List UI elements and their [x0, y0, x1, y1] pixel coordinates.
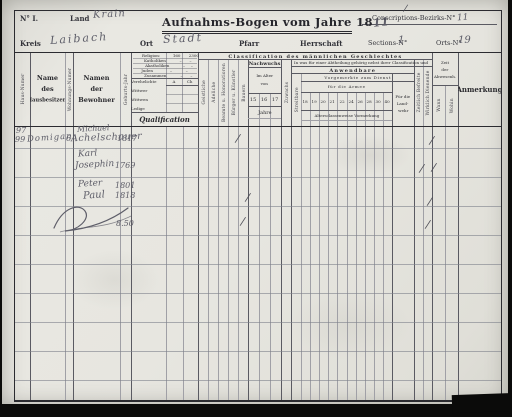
column-bewohner: Namen der Bewohner — [73, 52, 120, 126]
age-label: 18 — [303, 99, 308, 104]
armee-age: 18 — [301, 92, 310, 110]
scan-edge-bottom-right — [452, 393, 512, 413]
abwesende-header: Zeit der Abwesenh. — [432, 54, 458, 85]
bewohner-line3: Bewohner — [78, 95, 115, 106]
anwendbare-line1: In was für einer Abtheilung gehörig nebs… — [291, 59, 432, 66]
wann-label: Wann — [436, 99, 441, 112]
column-abgang-2: Wirklich Dienende — [423, 59, 432, 126]
resident-year: 1769 — [115, 161, 135, 170]
stand-row-label: Wittwen — [131, 97, 148, 102]
stand-grid-ch-label: Ch — [187, 79, 193, 84]
grid-line — [319, 92, 320, 400]
column-zuwachs: Zuwachs — [281, 59, 291, 126]
nachwuchs-jahre: Jahre — [248, 106, 281, 118]
column-qualification: Qualification — [131, 112, 198, 126]
nachwuchs-note-line1: Im Alter — [256, 74, 273, 78]
form-title: Aufnahms-Bogen vom Jahre 1811 — [162, 15, 352, 29]
streitbare-label: Streitbare — [294, 87, 299, 112]
grid-line — [166, 85, 198, 86]
column-class-adeliche: Adeliche — [208, 59, 218, 126]
grid-line — [166, 94, 198, 95]
resident-name: Karl — [78, 149, 98, 160]
land-value-handwritten: Krain — [93, 8, 126, 21]
stand-grid-a-label: A — [173, 79, 176, 84]
stand-row-label: Verehelichte — [131, 79, 156, 84]
ort-label: Ort — [140, 39, 153, 48]
grid-line — [383, 92, 384, 400]
stand-grid-col-ch: Ch — [182, 78, 198, 85]
nachwuchs-label: Nachwuchs — [249, 60, 281, 66]
stand-row-label: Wittwer — [131, 88, 147, 93]
abgang2-label: Wirklich Dienende — [425, 70, 430, 115]
armee-age: 24 — [347, 92, 356, 110]
paper-smudge — [330, 135, 410, 175]
anwendbare-line3-text: Vorgemerkte zum Dienst — [324, 75, 391, 80]
abgang1-label: Zeitlich Befreite — [416, 72, 421, 112]
grid-line — [14, 400, 501, 402]
jahre-label: Jahre — [258, 109, 271, 115]
armee-age: 30 — [374, 92, 383, 110]
scanned-census-form: N° I. Land Krain Aufnahms-Bogen vom Jahr… — [0, 0, 512, 417]
religion-label: Religion: — [142, 53, 160, 58]
nachwuchs-age-17: 17 — [270, 93, 281, 106]
sheet-number: N° I. — [20, 14, 38, 23]
grid-line — [15, 351, 501, 352]
orts-value-handwritten: 19 — [458, 35, 471, 46]
grid-line — [14, 10, 501, 11]
grid-line — [15, 264, 501, 265]
wohin-label: Wohin — [449, 98, 454, 113]
resident-name: Paul — [83, 189, 106, 202]
grid-line — [347, 92, 348, 400]
grid-line — [356, 92, 357, 400]
resident-year: 1817 — [117, 134, 137, 143]
grid-line — [166, 103, 198, 104]
grid-line — [183, 126, 184, 400]
grid-line — [15, 380, 501, 381]
column-class-geistliche: Geistliche — [198, 59, 208, 126]
grid-line — [374, 92, 375, 400]
grid-line — [248, 118, 281, 119]
abwesende-line1: Zeit — [441, 61, 449, 65]
landwehr-line1: Für die — [396, 95, 411, 99]
classification-title: Classification des männlichen Geschlecht… — [198, 52, 432, 59]
abwesende-sub-wann: Wann — [432, 85, 445, 126]
anwendbare-line2: Anwendbare — [291, 66, 414, 73]
stand-grid-col-a: A — [166, 78, 182, 85]
abwesende-line3: Abwesenh. — [434, 75, 456, 79]
age-label: 15 — [250, 97, 256, 103]
column-geburts-jahr: Geburts-Jahr — [120, 52, 131, 126]
grid-line — [365, 92, 366, 400]
resident-name: Peter — [78, 178, 103, 189]
age-label: 22 — [339, 99, 344, 104]
armee-label: für die Armee — [328, 84, 366, 89]
section-value-handwritten: 1 — [398, 35, 404, 46]
class-label: Adeliche — [211, 82, 216, 103]
religion-col2: 2300 — [188, 53, 196, 58]
grid-line — [301, 120, 392, 121]
pfarr-label: Pfarr — [239, 39, 259, 48]
column-streitbare: Streitbare — [291, 73, 301, 126]
anwendbare-line2-text: Anwendbare — [329, 66, 376, 72]
age-label: 30 — [376, 99, 381, 104]
hausbesitzer-line2: des — [41, 84, 53, 95]
house-number-new: 99 — [15, 135, 25, 144]
hausbesitzer-line3: Hausbesitzers — [30, 96, 65, 105]
armee-age: 40 — [383, 92, 392, 110]
column-wohnungs-nummer-label: Wohnungs-Numer — [67, 67, 72, 110]
grid-line — [445, 85, 446, 400]
landwehr-line3: wehr — [398, 109, 408, 113]
column-class-buerger: Bürger u. Künstler — [228, 59, 238, 126]
kreis-label: Kreis — [20, 39, 41, 48]
land-label: Land — [70, 14, 89, 23]
column-class-bauern: Bauern — [238, 59, 248, 126]
nachwuchs-age-15: 15 — [248, 93, 259, 106]
column-geburts-jahr-label: Geburts-Jahr — [123, 73, 128, 104]
grid-line — [310, 92, 311, 400]
armee-note: Altersclassenweise Vormerkung — [301, 110, 392, 120]
grid-line — [328, 92, 329, 400]
armee-note-text: Altersclassenweise Vormerkung — [314, 113, 379, 118]
anwendbare-line1-text: In was für einer Abtheilung gehörig nebs… — [294, 60, 428, 65]
age-label: 19 — [312, 99, 317, 104]
landwehr-header: Für die Land- wehr — [392, 81, 414, 126]
herrschaft-label: Herrschaft — [300, 39, 343, 48]
grid-line — [337, 92, 338, 400]
conscription-label-text: Conscriptions-Bezirks-N° — [372, 14, 455, 22]
nachwuchs-age-16: 16 — [259, 93, 270, 106]
hausbesitzer-line1: Name — [37, 73, 58, 84]
zuwachs-label: Zuwachs — [284, 82, 289, 103]
armee-age: 20 — [319, 92, 328, 110]
age-label: 16 — [261, 97, 267, 103]
landwehr-line2: Land- — [397, 102, 409, 106]
nachwuchs-note-line2: von — [261, 82, 268, 86]
grid-line — [15, 177, 501, 178]
conscription-district-label: Conscriptions-Bezirks-N° 11 — [372, 13, 469, 23]
ort-value-handwritten: Stadt — [163, 31, 204, 46]
abwesende-sub-wohin: Wohin — [445, 85, 458, 126]
religion-col1: 160 — [173, 53, 181, 58]
grid-line — [259, 93, 260, 400]
class-label: Beamte u. Honoratioren — [221, 63, 226, 122]
scan-edge-left — [0, 0, 2, 417]
scan-edge-right — [508, 0, 512, 417]
column-hausbesitzer: Name des Hausbesitzers — [30, 52, 65, 126]
grid-line — [15, 322, 501, 323]
age-label: 26 — [358, 99, 363, 104]
grid-line — [15, 235, 501, 236]
armee-age: 22 — [337, 92, 347, 110]
conscription-value-handwritten: 11 — [457, 13, 469, 24]
abwesende-line2: der — [442, 68, 449, 72]
column-haus-nummer-label: Haus-Numer — [20, 74, 25, 105]
column-anmerkung: Anmerkung — [458, 52, 501, 126]
age-label: 24 — [349, 99, 354, 104]
resident-name: Josephin — [75, 159, 115, 171]
nachwuchs-header: Nachwuchs — [248, 59, 281, 67]
column-class-beamte: Beamte u. Honoratioren — [218, 59, 228, 126]
stand-row-label: Ledige — [131, 106, 145, 111]
armee-age: 19 — [310, 92, 319, 110]
class-label: Bürger u. Künstler — [231, 70, 236, 116]
nachwuchs-note: Im Alter von — [248, 67, 281, 93]
bewohner-line1: Namen — [84, 73, 110, 84]
class-label: Geistliche — [201, 80, 206, 104]
stand-labels: Verehelichte Wittwer Wittwen Ledige — [131, 78, 166, 112]
armee-header: für die Armee — [301, 81, 392, 92]
grid-line — [15, 293, 501, 294]
signature-flourish — [48, 201, 136, 235]
resident-year: 1801 — [115, 181, 135, 190]
anmerkung-label: Anmerkung — [458, 85, 501, 94]
armee-age: 21 — [328, 92, 337, 110]
grid-line — [501, 10, 502, 400]
grid-line — [166, 126, 167, 400]
age-label: 21 — [330, 99, 335, 104]
resident-year: 1818 — [115, 191, 135, 200]
qualification-label: Qualification — [139, 115, 190, 124]
age-label: 28 — [367, 99, 372, 104]
age-label: 17 — [272, 97, 278, 103]
classification-title-text: Classification des männlichen Geschlecht… — [228, 52, 402, 58]
column-wohnungs-nummer: Wohnungs-Numer — [65, 52, 73, 126]
bewohner-line2: der — [90, 84, 102, 95]
column-abgang-1: Zeitlich Befreite — [414, 59, 423, 126]
house-number-old: 97 — [16, 126, 26, 135]
paper-smudge — [70, 250, 160, 310]
anwendbare-line3: Vorgemerkte zum Dienst — [301, 73, 414, 81]
grid-line — [270, 93, 271, 400]
column-haus-nummer: Haus-Numer — [14, 52, 30, 126]
class-label: Bauern — [241, 84, 246, 102]
form-title-text: Aufnahms-Bogen vom Jahre 18 — [162, 15, 373, 29]
age-label: 20 — [321, 99, 326, 104]
armee-age: 28 — [365, 92, 374, 110]
armee-age: 26 — [356, 92, 365, 110]
age-label: 40 — [385, 99, 390, 104]
scan-edge-bottom — [0, 404, 512, 417]
